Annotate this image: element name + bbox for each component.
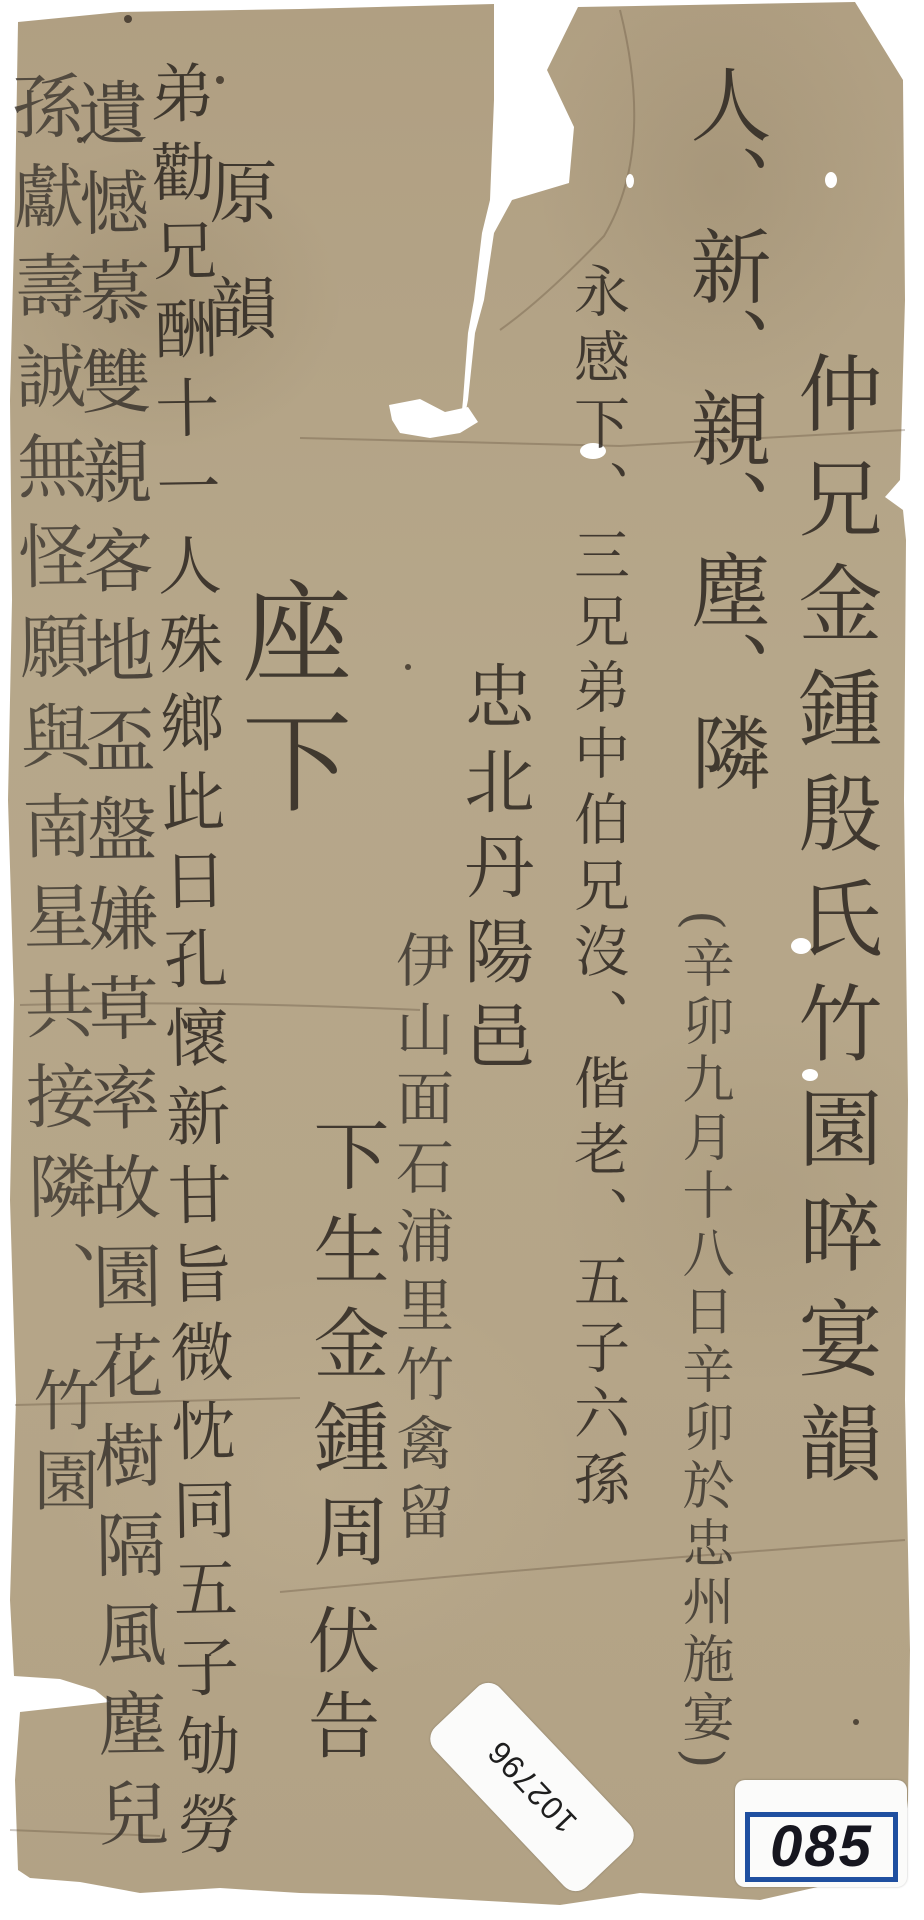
sender-closing: 伏告	[302, 1603, 374, 1773]
page-number-frame: 085	[745, 1812, 898, 1882]
sender-address-line-1: 忠北丹陽邑	[459, 660, 529, 1085]
addressee-honorific: 座下	[233, 575, 343, 835]
event-date-note: (辛卯九月十八日辛卯於忠州施宴)	[677, 910, 729, 1775]
rhyme-characters-column: 人、新、親、塵、隣	[683, 63, 764, 792]
poem-column-3: 孫獻壽誠無怪願與南星共接隣、	[6, 70, 94, 1331]
family-note-column: 永感下、三兄弟中伯兄沒、偕老、五子六孫	[569, 262, 625, 1516]
page-number: 085	[770, 1818, 873, 1876]
poem-signature: 竹園	[27, 1366, 93, 1526]
title-column: 仲兄金鍾殷氏竹園晬宴韻	[792, 350, 876, 1505]
sender-address-line-2: 伊山面石浦里竹禽留	[391, 930, 449, 1551]
sender-name: 下生金鍾周	[307, 1116, 383, 1586]
page-number-sticker: 085	[735, 1780, 907, 1887]
